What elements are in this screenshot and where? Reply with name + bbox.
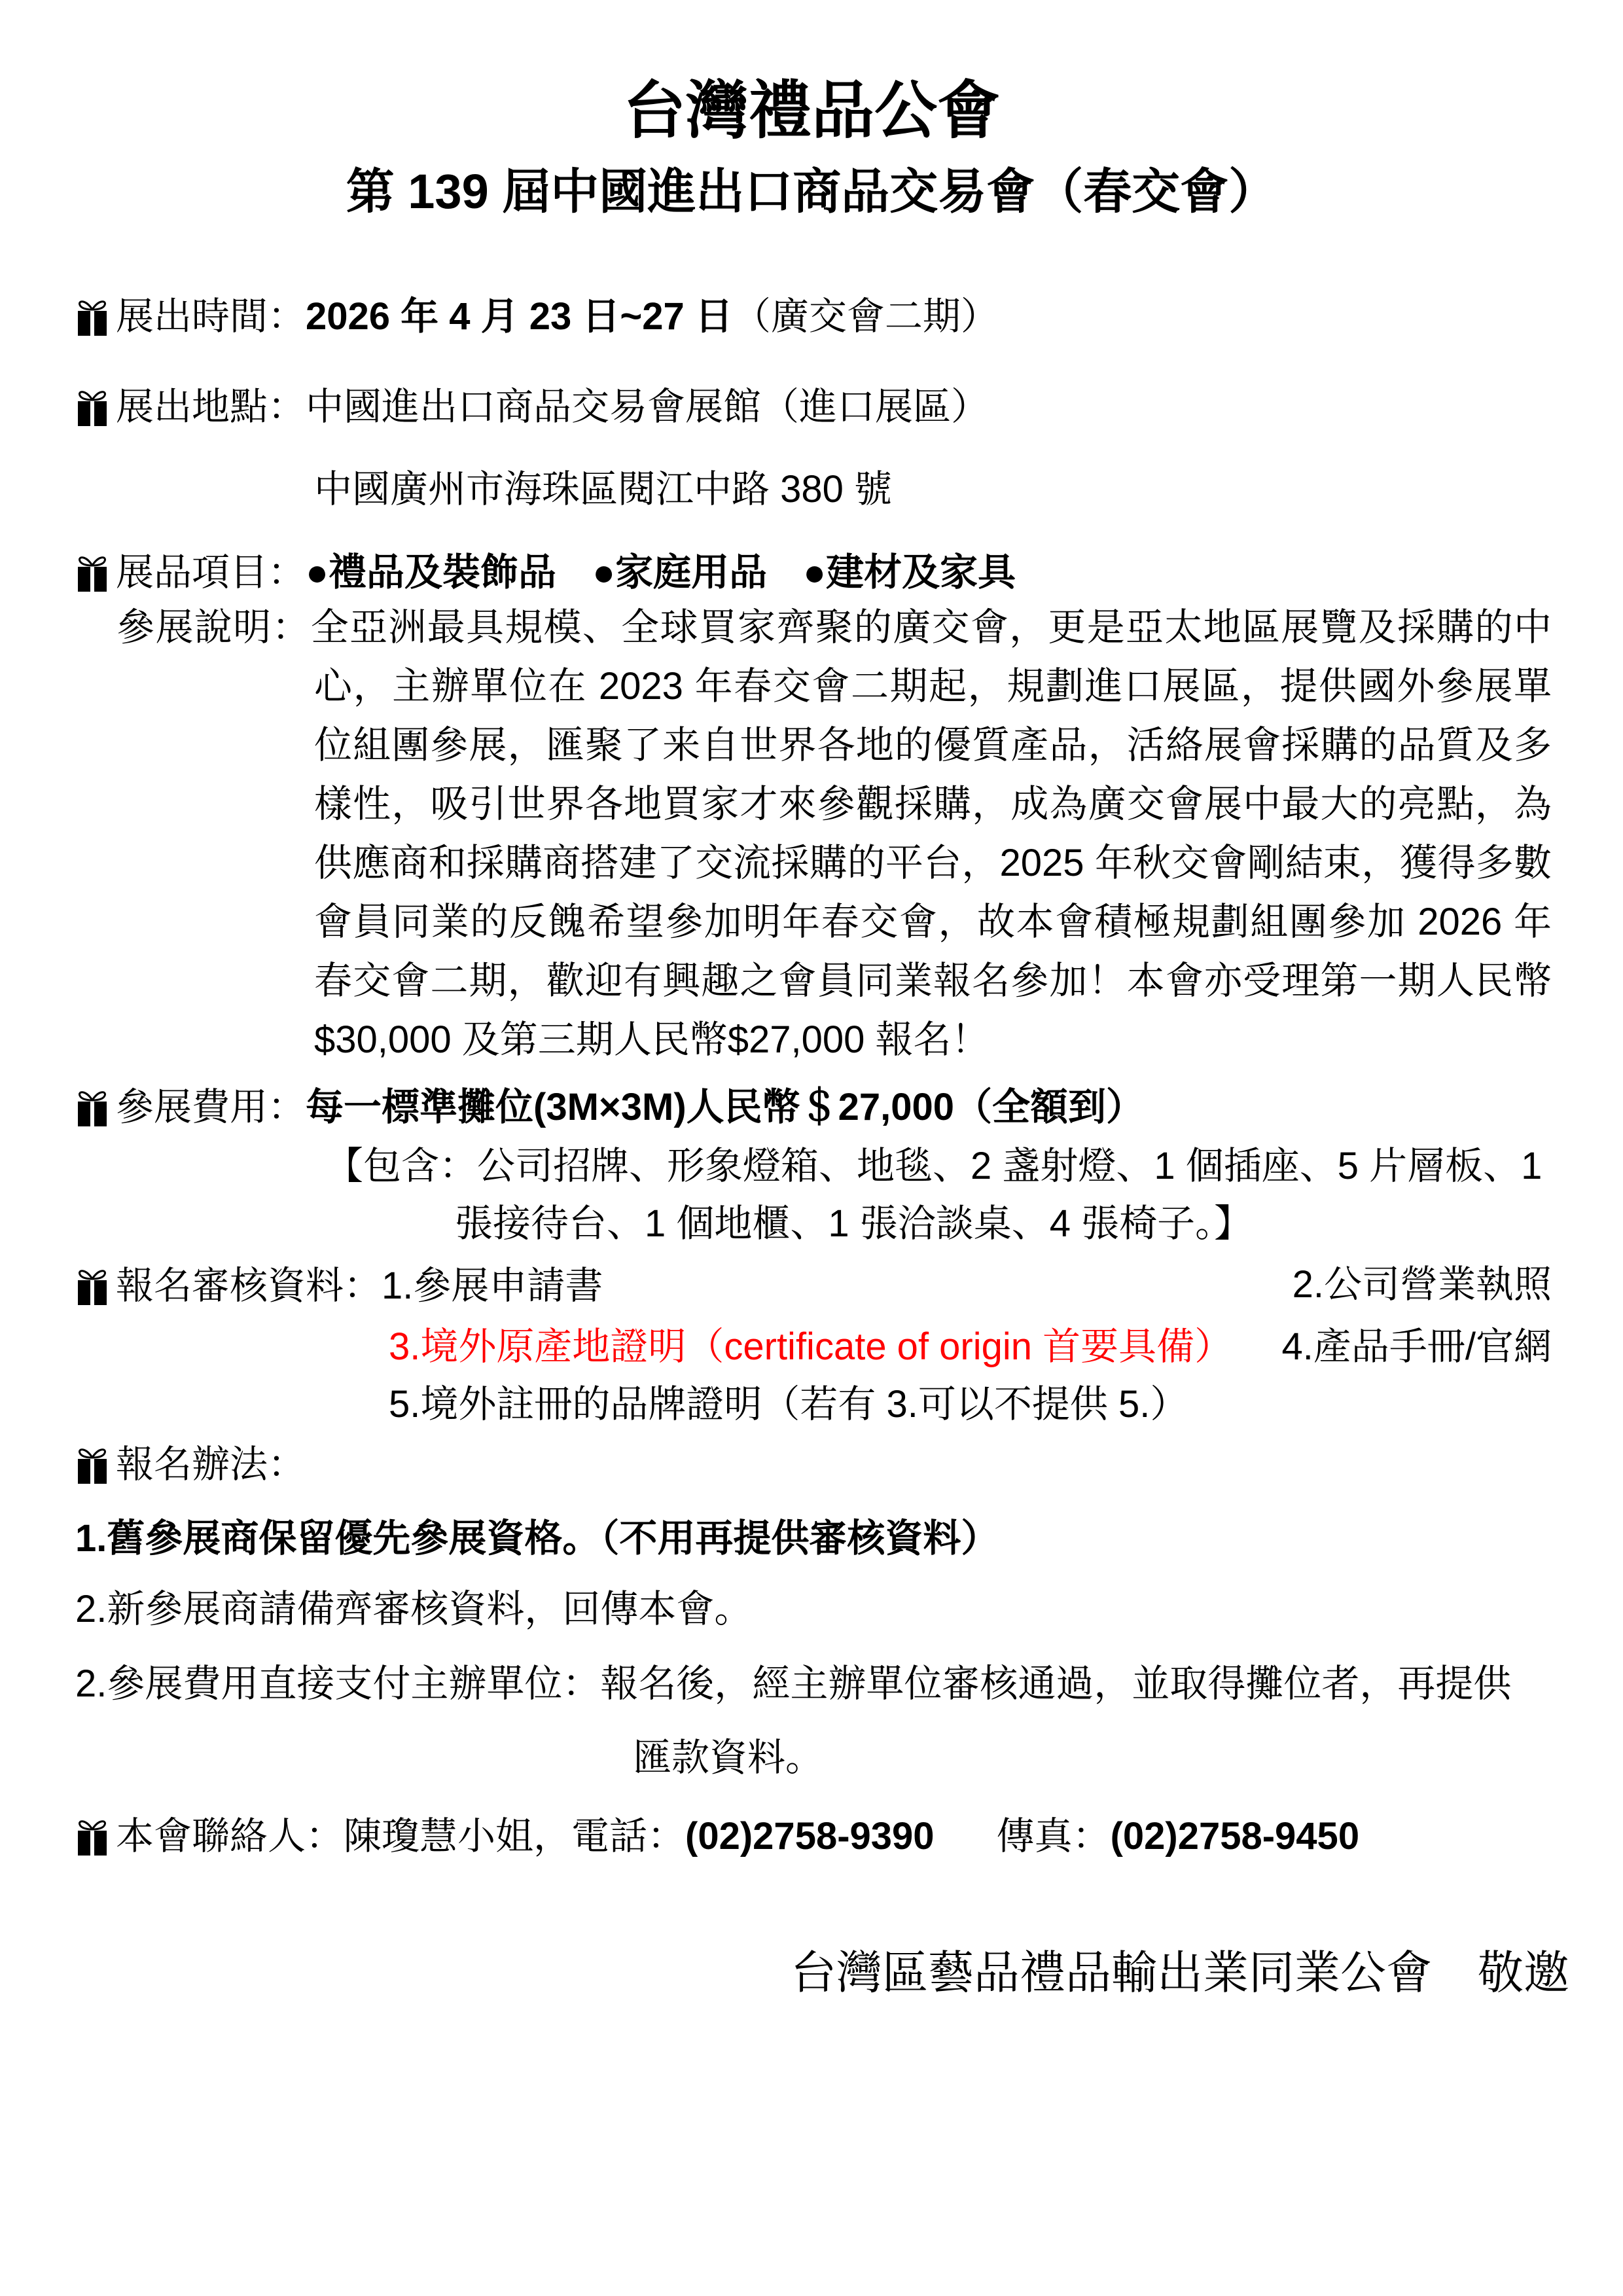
row-exhibition-place: 展出地點：中國進出口商品交易會展館（進口展區） — [75, 387, 989, 427]
method-item3-line1: 2.參展費用直接支付主辦單位：報名後，經主辦單位審核通過，並取得攤位者，再提供 — [75, 1665, 1511, 1703]
documents-item4: 4.產品手冊/官網 — [1282, 1328, 1552, 1366]
method-item3-line2: 匯款資料。 — [633, 1739, 823, 1777]
row-exhibition-time: 展出時間：2026 年 4 月 23 日~27 日（廣交會二期） — [75, 296, 999, 337]
contact-fax-number: (02)2758-9450 — [1111, 1815, 1360, 1857]
footer-signature: 台灣區藝品禮品輸出業同業公會 敬邀 — [791, 1950, 1569, 1996]
row-documents-1: 報名審核資料：1.參展申請書 2.公司營業執照 — [75, 1266, 1552, 1306]
contact-person-phone-label: 陳瓊慧小姐，電話： — [344, 1815, 685, 1857]
item-building-furniture: ●建材及家具 — [803, 551, 1016, 594]
gift-icon — [75, 1087, 109, 1128]
fee-label: 參展費用： — [116, 1086, 306, 1128]
contact-fax-label: 傳真： — [997, 1815, 1111, 1857]
place-address: 中國廣州市海珠區閱江中路 380 號 — [314, 471, 892, 509]
documents-item5: 5.境外註冊的品牌證明（若有 3.可以不提供 5.） — [389, 1386, 1188, 1424]
item-gifts-decor: ●禮品及裝飾品 — [306, 551, 556, 594]
time-venue-phase: （廣交會二期） — [733, 295, 999, 338]
time-date: 2026 年 4 月 23 日~27 日 — [306, 295, 733, 338]
documents-item1: 1.參展申請書 — [382, 1265, 603, 1307]
method-item2: 2.新參展商請備齊審核資料，回傳本會。 — [75, 1590, 752, 1628]
row-documents-2: 3.境外原產地證明（certificate of origin 首要具備） 4.… — [75, 1328, 1552, 1366]
fee-value: 每一標準攤位(3M×3M)人民幣＄27,000（全額到） — [306, 1086, 1144, 1128]
documents-item2: 2.公司營業執照 — [1293, 1266, 1552, 1304]
fee-includes-line1: 【包含：公司招牌、形象燈箱、地毯、2 盞射燈、1 個插座、5 片層板、1 — [325, 1147, 1542, 1185]
page-subtitle: 第 139 屆中國進出口商品交易會（春交會） — [0, 168, 1623, 216]
gift-icon — [75, 1816, 109, 1857]
row-fee: 參展費用：每一標準攤位(3M×3M)人民幣＄27,000（全額到） — [75, 1087, 1144, 1128]
gift-icon — [75, 1444, 109, 1485]
fee-includes-line2: 張接待台、1 個地櫃、1 張洽談桌、4 張椅子。】 — [455, 1205, 1252, 1243]
item-household: ●家庭用品 — [592, 551, 767, 594]
time-label: 展出時間： — [116, 295, 306, 338]
row-method: 報名辦法： — [75, 1444, 306, 1485]
row-exhibit-items: 展品項目：●禮品及裝飾品●家庭用品●建材及家具 — [75, 552, 1052, 593]
gift-icon — [75, 1266, 109, 1306]
method-item1: 1.舊參展商保留優先參展資格。（不用再提供審核資料） — [75, 1520, 999, 1558]
documents-item3-origin-certificate: 3.境外原產地證明（certificate of origin 首要具備） — [389, 1325, 1232, 1368]
contact-label: 本會聯絡人： — [116, 1815, 344, 1857]
gift-icon — [75, 606, 109, 647]
gift-icon — [75, 387, 109, 427]
gift-icon — [75, 552, 109, 593]
method-label: 報名辦法： — [116, 1443, 306, 1486]
place-label: 展出地點： — [116, 386, 306, 428]
page-title: 台灣禮品公會 — [0, 80, 1623, 143]
items-label: 展品項目： — [116, 551, 306, 594]
documents-label: 報名審核資料： — [116, 1265, 382, 1307]
document-page: 台灣禮品公會 第 139 屆中國進出口商品交易會（春交會） 展出時間：2026 … — [0, 0, 1623, 2296]
contact-phone-number: (02)2758-9390 — [685, 1815, 935, 1857]
row-description: 參展說明：全亞洲最具規模、全球買家齊聚的廣交會，更是亞太地區展覽及採購的中心，主… — [75, 598, 1552, 1069]
row-contact: 本會聯絡人：陳瓊慧小姐，電話：(02)2758-9390傳真：(02)2758-… — [75, 1816, 1359, 1857]
gift-icon — [75, 296, 109, 337]
description-label: 參展說明： — [116, 606, 311, 649]
description-text: 全亞洲最具規模、全球買家齊聚的廣交會，更是亞太地區展覽及採購的中心，主辦單位在 … — [311, 606, 1552, 1061]
place-value: 中國進出口商品交易會展館（進口展區） — [306, 386, 989, 428]
